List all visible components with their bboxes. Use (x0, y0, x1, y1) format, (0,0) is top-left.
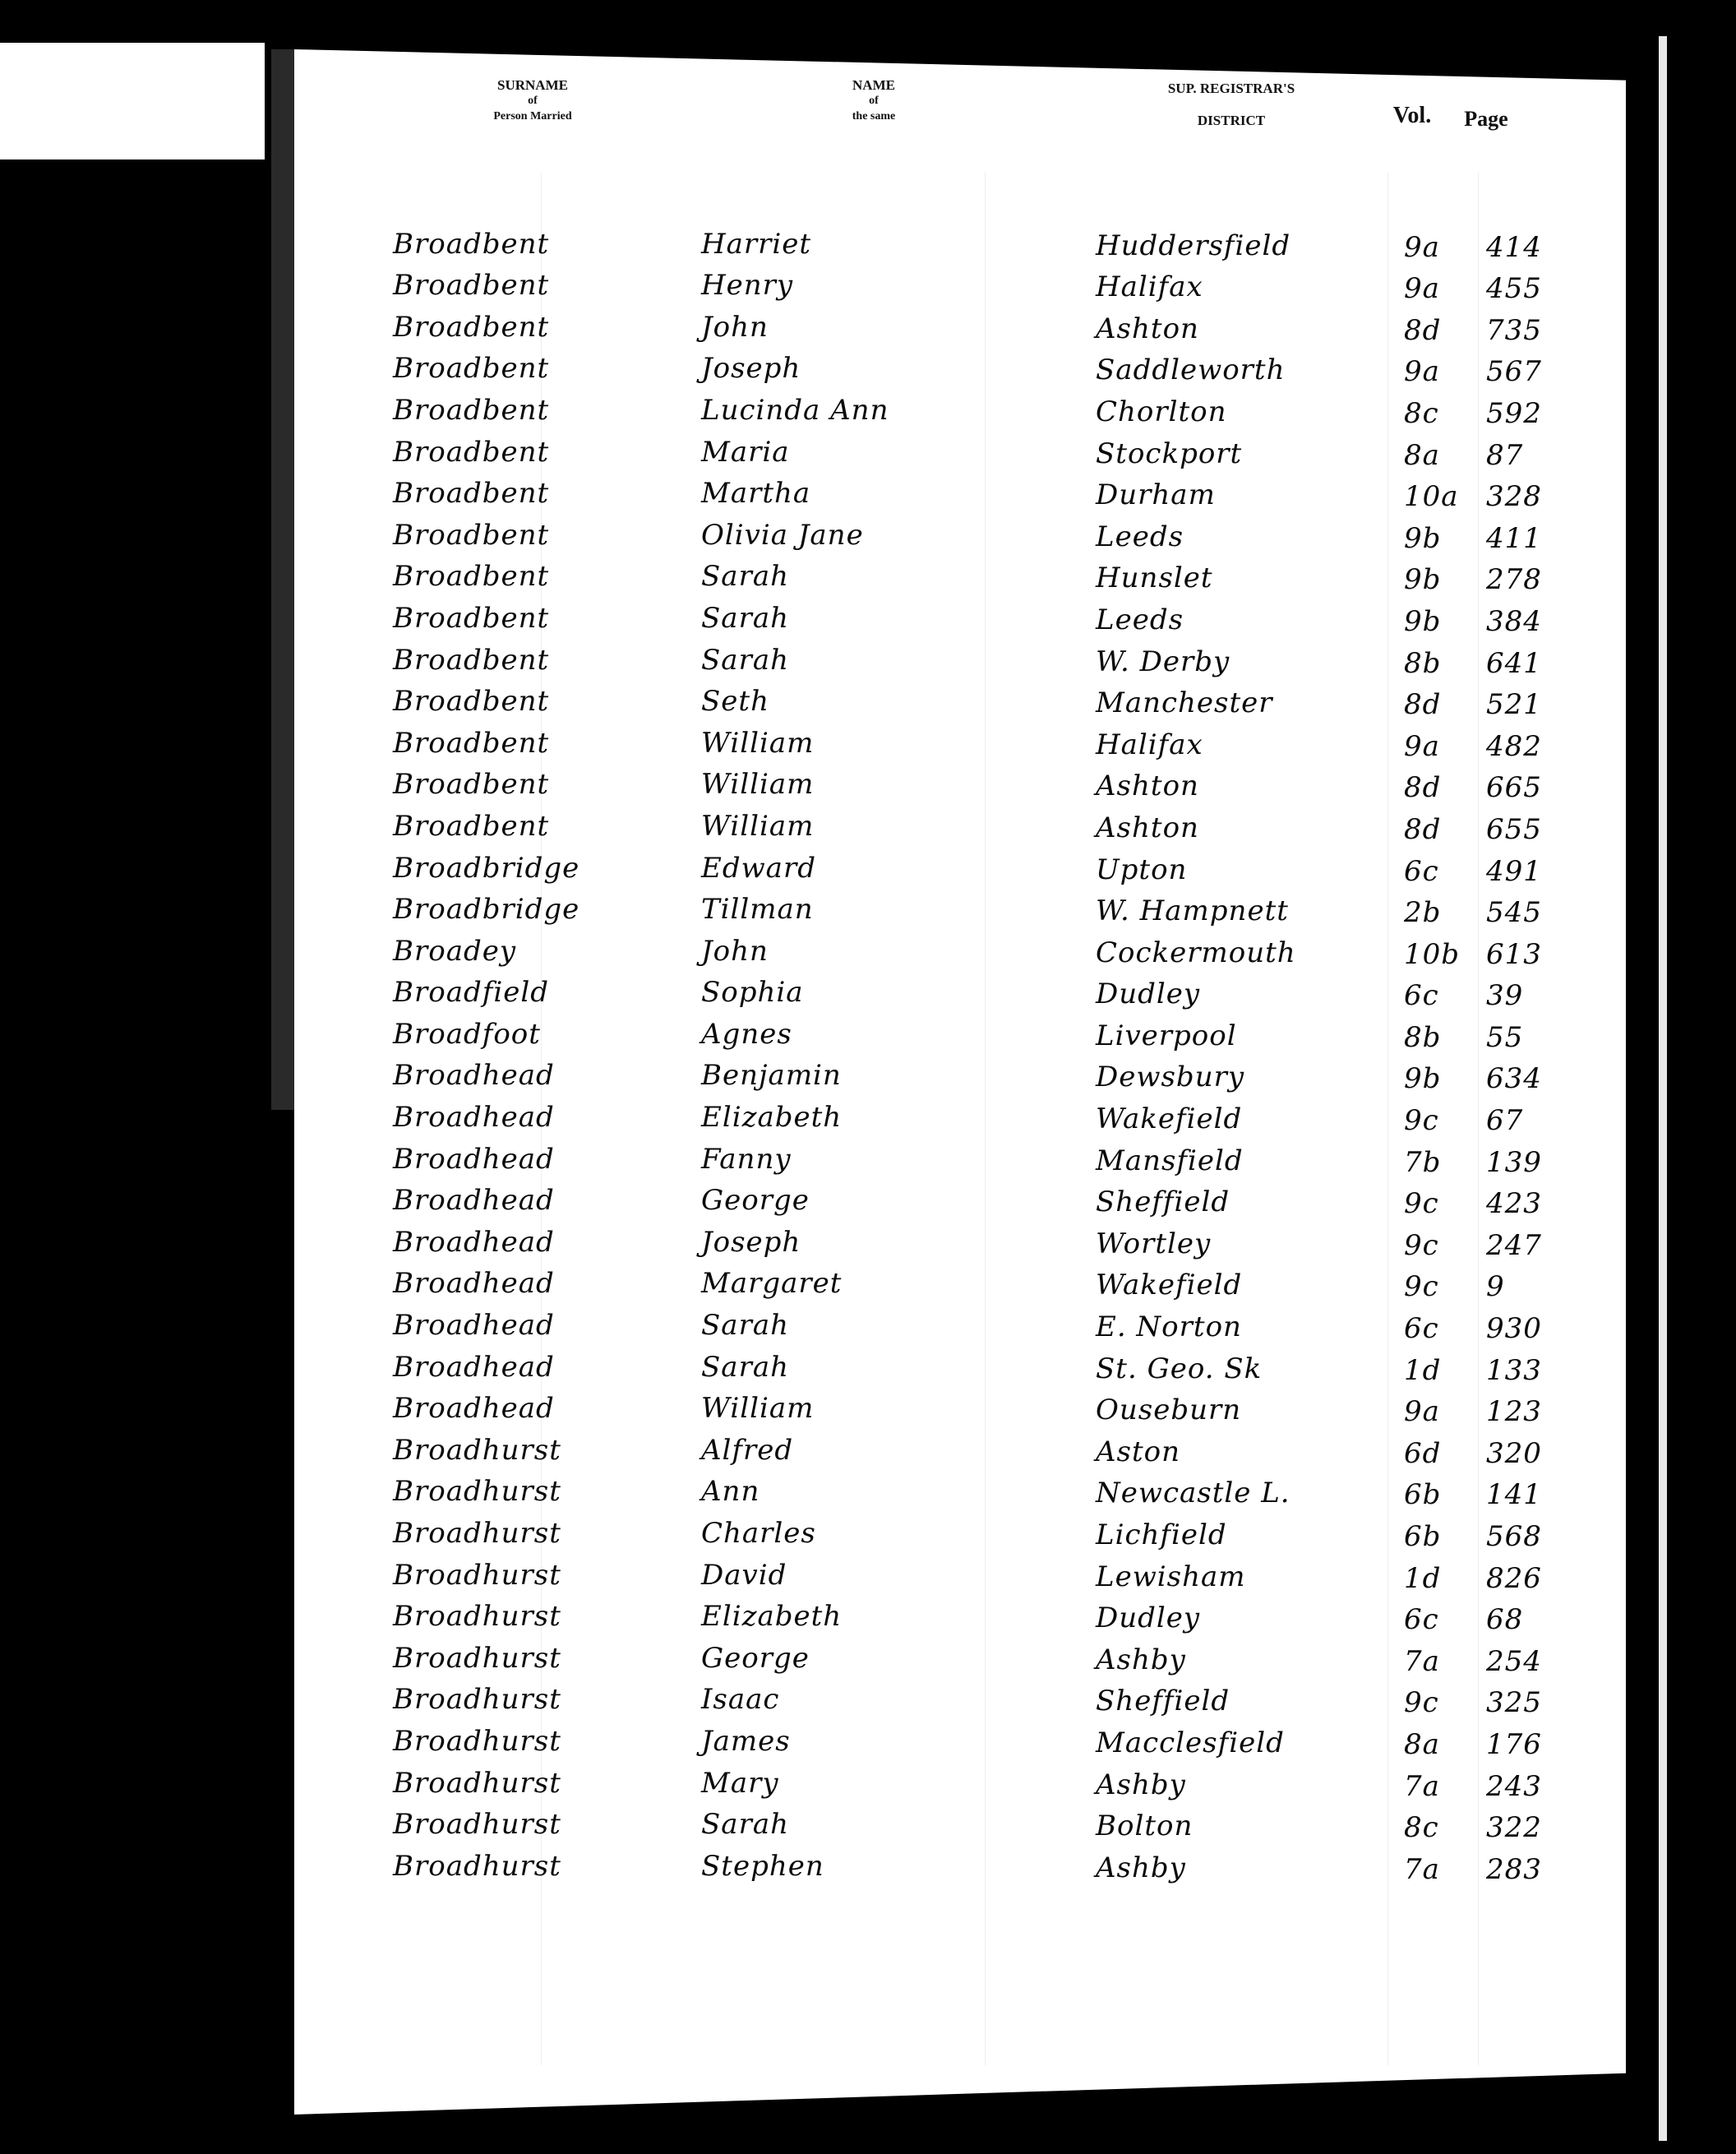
register-row: Broadhurst Elizabeth Dudley 6c 68 (393, 1597, 1585, 1639)
vol-cell: 8d (1404, 771, 1478, 804)
name-cell: William (701, 1392, 1046, 1425)
name-cell: Ann (701, 1475, 1046, 1508)
register-row: Broadbent Joseph Saddleworth 9a 567 (393, 349, 1585, 391)
district-cell: Stockport (1096, 437, 1392, 470)
district-cell: Chorlton (1096, 395, 1392, 428)
district-cell: Ashby (1096, 1851, 1392, 1884)
page-cell: 634 (1486, 1062, 1568, 1095)
district-cell: Mansfield (1096, 1144, 1392, 1177)
page-cell: 247 (1486, 1229, 1568, 1262)
surname-cell: Broadhurst (393, 1808, 689, 1841)
district-cell: Durham (1096, 478, 1392, 511)
vol-cell: 8d (1404, 314, 1478, 347)
vol-cell: 6b (1404, 1478, 1478, 1511)
register-row: Broadbent Lucinda Ann Chorlton 8c 592 (393, 390, 1585, 432)
register-row: Broadhead George Sheffield 9c 423 (393, 1181, 1585, 1223)
vol-cell: 1d (1404, 1562, 1478, 1595)
vol-cell: 9a (1404, 355, 1478, 388)
register-entries: Broadbent Harriet Huddersfield 9a 414 Br… (393, 224, 1585, 1888)
surname-cell: Broadhurst (393, 1642, 689, 1675)
name-cell: Elizabeth (701, 1600, 1046, 1633)
name-cell: Seth (701, 685, 1046, 718)
name-cell: Sarah (701, 560, 1046, 593)
district-cell: Dudley (1096, 1602, 1392, 1634)
vol-cell: 9b (1404, 1062, 1478, 1095)
vol-cell: 9c (1404, 1686, 1478, 1719)
name-cell: Olivia Jane (701, 519, 1046, 552)
page-cell: 545 (1486, 896, 1568, 929)
vol-cell: 9a (1404, 272, 1478, 305)
register-row: Broadhurst Charles Lichfield 6b 568 (393, 1513, 1585, 1555)
header-name-line3: the same (820, 109, 927, 124)
register-row: Broadbent Sarah Leeds 9b 384 (393, 598, 1585, 640)
name-cell: John (701, 311, 1046, 344)
name-cell: David (701, 1559, 1046, 1592)
register-row: Broadbent William Halifax 9a 482 (393, 723, 1585, 765)
surname-cell: Broadhead (393, 1392, 689, 1425)
name-cell: John (701, 935, 1046, 968)
name-cell: Maria (701, 436, 1046, 469)
district-cell: W. Hampnett (1096, 894, 1392, 927)
page-cell: 243 (1486, 1770, 1568, 1803)
name-cell: William (701, 768, 1046, 801)
name-cell: Sarah (701, 1808, 1046, 1841)
surname-cell: Broadhurst (393, 1559, 689, 1592)
page-cell: 930 (1486, 1312, 1568, 1345)
page-cell: 826 (1486, 1562, 1568, 1595)
district-cell: Ashby (1096, 1643, 1392, 1676)
register-row: Broadhead Joseph Wortley 9c 247 (393, 1222, 1585, 1264)
vol-cell: 9a (1404, 231, 1478, 264)
name-cell: Stephen (701, 1850, 1046, 1883)
name-cell: James (701, 1725, 1046, 1758)
register-row: Broadbridge Tillman W. Hampnett 2b 545 (393, 890, 1585, 931)
page-cell: 735 (1486, 314, 1568, 347)
vol-cell: 7a (1404, 1645, 1478, 1678)
surname-cell: Broadhurst (393, 1683, 689, 1716)
name-cell: Alfred (701, 1434, 1046, 1467)
register-row: Broadhead Sarah E. Norton 6c 930 (393, 1305, 1585, 1347)
name-cell: Lucinda Ann (701, 394, 1046, 427)
register-row: Broadbent Sarah W. Derby 8b 641 (393, 640, 1585, 682)
register-row: Broadhurst Alfred Aston 6d 320 (393, 1430, 1585, 1472)
vol-cell: 9c (1404, 1270, 1478, 1303)
surname-cell: Broadhead (393, 1309, 689, 1342)
name-cell: Joseph (701, 1226, 1046, 1259)
name-cell: Charles (701, 1517, 1046, 1550)
surname-cell: Broadbent (393, 477, 689, 510)
name-cell: Elizabeth (701, 1101, 1046, 1134)
district-cell: Upton (1096, 853, 1392, 886)
vol-cell: 10a (1404, 480, 1478, 513)
header-district-line2: DISTRICT (1141, 113, 1322, 128)
header-name-line1: NAME (820, 77, 927, 93)
district-cell: Dewsbury (1096, 1061, 1392, 1093)
page-cell: 9 (1486, 1270, 1568, 1303)
surname-cell: Broadhurst (393, 1725, 689, 1758)
page-cell: 665 (1486, 771, 1568, 804)
vol-cell: 8a (1404, 1728, 1478, 1761)
page-cell: 568 (1486, 1520, 1568, 1553)
register-row: Broadhurst Ann Newcastle L. 6b 141 (393, 1472, 1585, 1514)
register-row: Broadbent Olivia Jane Leeds 9b 411 (393, 515, 1585, 557)
register-row: Broadbent William Ashton 8d 655 (393, 806, 1585, 848)
page-cell: 411 (1486, 522, 1568, 555)
page-cell: 141 (1486, 1478, 1568, 1511)
page-cell: 328 (1486, 480, 1568, 513)
page-cell: 491 (1486, 855, 1568, 888)
district-cell: Lewisham (1096, 1560, 1392, 1593)
name-cell: Edward (701, 852, 1046, 885)
district-cell: Sheffield (1096, 1186, 1392, 1218)
register-row: Broadfoot Agnes Liverpool 8b 55 (393, 1014, 1585, 1056)
vol-cell: 8c (1404, 397, 1478, 430)
surname-cell: Broadbent (393, 602, 689, 635)
header-surname-line2: of (467, 93, 598, 109)
district-cell: Ouseburn (1096, 1394, 1392, 1426)
header-page: Page (1445, 107, 1527, 132)
vol-cell: 9c (1404, 1229, 1478, 1262)
district-cell: Ashby (1096, 1768, 1392, 1801)
vol-cell: 9c (1404, 1187, 1478, 1220)
surname-cell: Broadhurst (393, 1434, 689, 1467)
register-row: Broadbent Martha Durham 10a 328 (393, 474, 1585, 515)
vol-cell: 7b (1404, 1146, 1478, 1179)
surname-cell: Broadfoot (393, 1018, 689, 1051)
register-page: SURNAME of Person Married NAME of the sa… (294, 49, 1626, 2115)
district-cell: Wortley (1096, 1227, 1392, 1260)
page-cell: 123 (1486, 1395, 1568, 1428)
name-cell: Mary (701, 1767, 1046, 1800)
vol-cell: 8c (1404, 1811, 1478, 1844)
surname-cell: Broadhurst (393, 1767, 689, 1800)
column-headers: SURNAME of Person Married NAME of the sa… (294, 49, 1626, 181)
surname-cell: Broadhurst (393, 1517, 689, 1550)
district-cell: Dudley (1096, 978, 1392, 1010)
surname-cell: Broadbent (393, 727, 689, 760)
surname-cell: Broadbent (393, 810, 689, 843)
district-cell: Cockermouth (1096, 936, 1392, 969)
surname-cell: Broadbent (393, 644, 689, 677)
page-cell: 68 (1486, 1603, 1568, 1636)
vol-cell: 8a (1404, 439, 1478, 472)
header-name: NAME of the same (820, 77, 927, 124)
vol-cell: 8d (1404, 688, 1478, 721)
page-cell: 455 (1486, 272, 1568, 305)
name-cell: Joseph (701, 352, 1046, 385)
surname-cell: Broadbridge (393, 893, 689, 926)
vol-cell: 6c (1404, 855, 1478, 888)
vol-cell: 7a (1404, 1770, 1478, 1803)
surname-cell: Broadbent (393, 394, 689, 427)
surname-cell: Broadbent (393, 685, 689, 718)
page-cell: 641 (1486, 647, 1568, 680)
district-cell: St. Geo. Sk (1096, 1352, 1392, 1385)
district-cell: Macclesfield (1096, 1726, 1392, 1759)
register-row: Broadhurst George Ashby 7a 254 (393, 1638, 1585, 1680)
register-row: Broadhurst Isaac Sheffield 9c 325 (393, 1680, 1585, 1722)
page-cell: 254 (1486, 1645, 1568, 1678)
name-cell: Fanny (701, 1143, 1046, 1176)
page-cell: 592 (1486, 397, 1568, 430)
name-cell: William (701, 727, 1046, 760)
header-surname: SURNAME of Person Married (467, 77, 598, 124)
page-cell: 613 (1486, 938, 1568, 971)
name-cell: Sarah (701, 1351, 1046, 1384)
page-cell: 176 (1486, 1728, 1568, 1761)
surname-cell: Broadbridge (393, 852, 689, 885)
film-sprocket-edge (1659, 36, 1667, 2141)
register-row: Broadbent Seth Manchester 8d 521 (393, 682, 1585, 723)
page-cell: 283 (1486, 1853, 1568, 1886)
register-row: Broadbent Maria Stockport 8a 87 (393, 432, 1585, 474)
register-row: Broadhead Benjamin Dewsbury 9b 634 (393, 1056, 1585, 1098)
register-row: Broadbridge Edward Upton 6c 491 (393, 848, 1585, 890)
district-cell: Ashton (1096, 811, 1392, 844)
district-cell: Bolton (1096, 1810, 1392, 1842)
vol-cell: 9c (1404, 1104, 1478, 1137)
surname-cell: Broadbent (393, 768, 689, 801)
name-cell: Sarah (701, 602, 1046, 635)
district-cell: Newcastle L. (1096, 1477, 1392, 1509)
district-cell: Manchester (1096, 686, 1392, 719)
register-row: Broadhurst Mary Ashby 7a 243 (393, 1763, 1585, 1805)
vol-cell: 8d (1404, 813, 1478, 846)
vol-cell: 9a (1404, 1395, 1478, 1428)
register-row: Broadhead Elizabeth Wakefield 9c 67 (393, 1097, 1585, 1139)
page-cell: 567 (1486, 355, 1568, 388)
vol-cell: 10b (1404, 938, 1478, 971)
surname-cell: Broadhead (393, 1226, 689, 1259)
header-name-line2: of (820, 93, 927, 109)
page-cell: 414 (1486, 231, 1568, 264)
district-cell: Aston (1096, 1435, 1392, 1468)
page-cell: 384 (1486, 605, 1568, 638)
register-row: Broadbent Henry Halifax 9a 455 (393, 266, 1585, 307)
vol-cell: 2b (1404, 896, 1478, 929)
surname-cell: Broadhurst (393, 1600, 689, 1633)
district-cell: Ashton (1096, 770, 1392, 802)
surname-cell: Broadhead (393, 1101, 689, 1134)
page-cell: 278 (1486, 563, 1568, 596)
vol-cell: 8b (1404, 647, 1478, 680)
header-surname-line1: SURNAME (467, 77, 598, 93)
vol-cell: 9b (1404, 563, 1478, 596)
district-cell: Halifax (1096, 270, 1392, 303)
page-cell: 87 (1486, 439, 1568, 472)
name-cell: Benjamin (701, 1059, 1046, 1092)
district-cell: Leeds (1096, 603, 1392, 636)
district-cell: Ashton (1096, 312, 1392, 345)
vol-cell: 7a (1404, 1853, 1478, 1886)
register-row: Broadhurst David Lewisham 1d 826 (393, 1555, 1585, 1597)
page-cell: 521 (1486, 688, 1568, 721)
vol-cell: 9b (1404, 605, 1478, 638)
surname-cell: Broadhead (393, 1143, 689, 1176)
vol-cell: 1d (1404, 1354, 1478, 1387)
register-row: Broadhurst Sarah Bolton 8c 322 (393, 1805, 1585, 1847)
name-cell: George (701, 1184, 1046, 1217)
vol-cell: 9b (1404, 522, 1478, 555)
surname-cell: Broadbent (393, 560, 689, 593)
surname-cell: Broadbent (393, 352, 689, 385)
name-cell: Isaac (701, 1683, 1046, 1716)
register-row: Broadey John Cockermouth 10b 613 (393, 931, 1585, 973)
vol-cell: 6c (1404, 1603, 1478, 1636)
district-cell: Saddleworth (1096, 354, 1392, 386)
header-district: SUP. REGISTRAR'S DISTRICT (1141, 81, 1322, 128)
page-cell: 423 (1486, 1187, 1568, 1220)
surname-cell: Broadbent (393, 519, 689, 552)
district-cell: Sheffield (1096, 1685, 1392, 1717)
register-row: Broadhurst James Macclesfield 8a 176 (393, 1721, 1585, 1763)
header-surname-line3: Person Married (467, 109, 598, 124)
register-row: Broadfield Sophia Dudley 6c 39 (393, 973, 1585, 1015)
surname-cell: Broadbent (393, 228, 689, 261)
surname-cell: Broadfield (393, 976, 689, 1009)
district-cell: Halifax (1096, 728, 1392, 761)
district-cell: Wakefield (1096, 1269, 1392, 1301)
district-cell: Leeds (1096, 520, 1392, 553)
surname-cell: Broadey (393, 935, 689, 968)
district-cell: W. Derby (1096, 645, 1392, 678)
register-row: Broadhead Sarah St. Geo. Sk 1d 133 (393, 1347, 1585, 1389)
name-cell: Margaret (701, 1267, 1046, 1300)
vol-cell: 6b (1404, 1520, 1478, 1553)
register-row: Broadbent Harriet Huddersfield 9a 414 (393, 224, 1585, 266)
register-row: Broadbent Sarah Hunslet 9b 278 (393, 557, 1585, 599)
surname-cell: Broadbent (393, 269, 689, 302)
page-cell: 482 (1486, 730, 1568, 763)
register-row: Broadhurst Stephen Ashby 7a 283 (393, 1846, 1585, 1888)
name-cell: Martha (701, 477, 1046, 510)
name-cell: Henry (701, 269, 1046, 302)
page-cell: 55 (1486, 1021, 1568, 1054)
name-cell: Harriet (701, 228, 1046, 261)
name-cell: William (701, 810, 1046, 843)
surname-cell: Broadhead (393, 1351, 689, 1384)
header-district-line1: SUP. REGISTRAR'S (1141, 81, 1322, 96)
name-cell: Sarah (701, 644, 1046, 677)
district-cell: Huddersfield (1096, 229, 1392, 262)
page-cell: 67 (1486, 1104, 1568, 1137)
vol-cell: 6c (1404, 979, 1478, 1012)
page-cell: 320 (1486, 1437, 1568, 1470)
film-edge-label-strip (0, 43, 265, 159)
name-cell: Sarah (701, 1309, 1046, 1342)
district-cell: Wakefield (1096, 1102, 1392, 1135)
surname-cell: Broadhurst (393, 1850, 689, 1883)
page-cell: 655 (1486, 813, 1568, 846)
header-vol: Vol. (1379, 104, 1445, 128)
vol-cell: 8b (1404, 1021, 1478, 1054)
vol-cell: 6d (1404, 1437, 1478, 1470)
register-row: Broadbent William Ashton 8d 665 (393, 765, 1585, 807)
register-row: Broadhead Margaret Wakefield 9c 9 (393, 1264, 1585, 1306)
name-cell: Tillman (701, 893, 1046, 926)
page-cell: 39 (1486, 979, 1568, 1012)
district-cell: Hunslet (1096, 562, 1392, 594)
name-cell: Agnes (701, 1018, 1046, 1051)
page-cell: 133 (1486, 1354, 1568, 1387)
surname-cell: Broadbent (393, 311, 689, 344)
vol-cell: 9a (1404, 730, 1478, 763)
surname-cell: Broadhurst (393, 1475, 689, 1508)
register-row: Broadhead Fanny Mansfield 7b 139 (393, 1139, 1585, 1181)
page-cell: 139 (1486, 1146, 1568, 1179)
surname-cell: Broadhead (393, 1184, 689, 1217)
register-row: Broadhead William Ouseburn 9a 123 (393, 1389, 1585, 1431)
microfilm-frame-edge (271, 49, 294, 1110)
register-row: Broadbent John Ashton 8d 735 (393, 307, 1585, 349)
surname-cell: Broadbent (393, 436, 689, 469)
district-cell: Lichfield (1096, 1518, 1392, 1551)
page-cell: 325 (1486, 1686, 1568, 1719)
surname-cell: Broadhead (393, 1059, 689, 1092)
page-cell: 322 (1486, 1811, 1568, 1844)
name-cell: George (701, 1642, 1046, 1675)
district-cell: E. Norton (1096, 1310, 1392, 1343)
name-cell: Sophia (701, 976, 1046, 1009)
surname-cell: Broadhead (393, 1267, 689, 1300)
vol-cell: 6c (1404, 1312, 1478, 1345)
district-cell: Liverpool (1096, 1019, 1392, 1052)
